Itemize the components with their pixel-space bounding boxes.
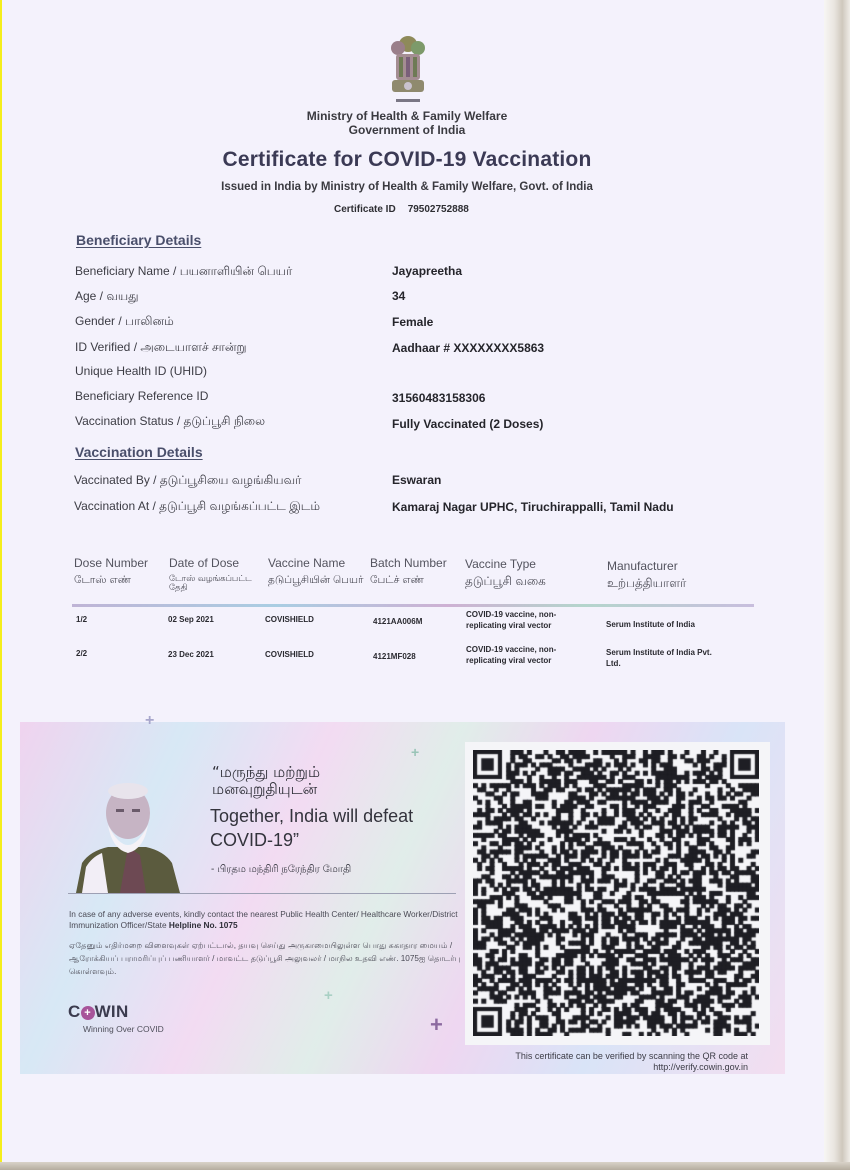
promo-divider — [68, 893, 456, 894]
age-value: 34 — [392, 289, 405, 303]
cowin-logo-c: C — [68, 1002, 81, 1021]
vaccination-status-value: Fully Vaccinated (2 Doses) — [392, 417, 543, 431]
col-manufacturer-en: Manufacturer — [607, 559, 678, 573]
prime-minister-portrait-image — [68, 775, 186, 893]
col-dose-number: Dose Number டோஸ் எண் — [74, 556, 148, 585]
adverse-events-notice-english: In case of any adverse events, kindly co… — [69, 909, 464, 931]
gender-value: Female — [392, 315, 433, 329]
cowin-plus-icon: + — [81, 1006, 95, 1020]
national-emblem-icon — [386, 32, 430, 108]
row1-type: COVID-19 vaccine, non-replicating viral … — [466, 609, 584, 631]
col-vaccine-type: Vaccine Type தடுப்பூசி வகை — [465, 557, 546, 586]
plus-decoration-icon: + — [430, 1014, 443, 1036]
beneficiary-name-label: Beneficiary Name / பயனாளியின் பெயர் — [75, 264, 292, 280]
col-vaccine-name-en: Vaccine Name — [268, 556, 345, 570]
col-date-of-dose-ta: டோஸ் வழங்கப்பட்ட தேதி — [169, 574, 264, 592]
quote-english-line-2: COVID-19” — [210, 828, 413, 852]
col-date-of-dose: Date of Dose டோஸ் வழங்கப்பட்ட தேதி — [169, 556, 264, 592]
verify-notice: This certificate can be verified by scan… — [472, 1051, 748, 1073]
ministry-line-1: Ministry of Health & Family Welfare — [2, 109, 812, 123]
quote-english-line-1: Together, India will defeat — [210, 804, 413, 828]
id-verified-value: Aadhaar # XXXXXXXX5863 — [392, 341, 544, 355]
row2-type: COVID-19 vaccine, non-replicating viral … — [466, 644, 584, 666]
vaccination-at-label: Vaccination At / தடுப்பூசி வழங்கப்பட்ட இ… — [74, 499, 320, 515]
ministry-heading: Ministry of Health & Family Welfare Gove… — [2, 109, 812, 137]
ministry-line-2: Government of India — [2, 123, 812, 137]
col-manufacturer: Manufacturer உற்பத்தியாளர் — [607, 559, 686, 588]
plus-decoration-icon: + — [145, 713, 154, 729]
plus-decoration-icon: + — [324, 988, 333, 1003]
row1-vaccine: COVISHIELD — [265, 614, 314, 625]
beneficiary-details-heading: Beneficiary Details — [76, 232, 201, 248]
id-verified-label: ID Verified / அடையாளச் சான்று — [75, 340, 247, 356]
col-vaccine-type-ta: தடுப்பூசி வகை — [465, 576, 546, 586]
table-header-divider — [72, 604, 754, 607]
cowin-logo: C+WIN — [68, 1002, 129, 1022]
helpline-number: Helpline No. 1075 — [169, 920, 238, 930]
row1-batch: 4121AA006M — [373, 616, 422, 627]
cowin-logo-win: WIN — [95, 1002, 129, 1021]
col-dose-number-ta: டோஸ் எண் — [74, 575, 148, 585]
row2-batch: 4121MF028 — [373, 651, 416, 662]
certificate-id-value: 79502752888 — [408, 204, 469, 215]
row1-dose: 1/2 — [76, 614, 87, 625]
reference-id-value: 31560483158306 — [392, 391, 485, 405]
vaccinated-by-value: Eswaran — [392, 473, 441, 487]
col-batch-number-ta: பேட்ச் எண் — [370, 575, 447, 585]
beneficiary-name-value: Jayapreetha — [392, 264, 462, 278]
col-batch-number-en: Batch Number — [370, 556, 447, 570]
adverse-events-text: In case of any adverse events, kindly co… — [69, 909, 458, 930]
vaccinated-by-label: Vaccinated By / தடுப்பூசியை வழங்கியவர் — [74, 473, 301, 489]
col-vaccine-type-en: Vaccine Type — [465, 557, 536, 571]
quote-english: Together, India will defeat COVID-19” — [210, 804, 413, 852]
reference-id-label: Beneficiary Reference ID — [75, 389, 208, 403]
quote-tamil-line-2: மனவுறுதியுடன் — [212, 781, 320, 798]
vaccination-at-value: Kamaraj Nagar UPHC, Tiruchirappalli, Tam… — [392, 500, 674, 514]
age-label: Age / வயது — [75, 289, 139, 305]
certificate-id: Certificate ID79502752888 — [334, 204, 469, 215]
gender-label: Gender / பாலினம் — [75, 314, 174, 330]
certificate-title: Certificate for COVID-19 Vaccination — [2, 148, 812, 172]
col-vaccine-name-ta: தடுப்பூசியின் பெயர் — [268, 575, 363, 585]
row2-manufacturer: Serum Institute of India Pvt. Ltd. — [606, 647, 724, 669]
verify-notice-text: This certificate can be verified by scan… — [472, 1051, 748, 1062]
quote-attribution: - பிரதம மந்திரி நரேந்திர மோதி — [211, 864, 351, 876]
row2-date: 23 Dec 2021 — [168, 649, 214, 660]
quote-tamil-line-1: “மருந்து மற்றும் — [212, 764, 320, 781]
vaccination-details-heading: Vaccination Details — [75, 444, 203, 460]
row1-date: 02 Sep 2021 — [168, 614, 214, 625]
vaccination-status-label: Vaccination Status / தடுப்பூசி நிலை — [75, 414, 265, 430]
verify-url-link[interactable]: http://verify.cowin.gov.in — [472, 1062, 748, 1073]
scan-edge-right — [824, 0, 850, 1170]
row1-manufacturer: Serum Institute of India — [606, 619, 726, 630]
adverse-events-notice-tamil: ஏதேனும் எதிர்மறை விளைவுகள் ஏற்பட்டால், த… — [69, 939, 464, 978]
col-batch-number: Batch Number பேட்ச் எண் — [370, 556, 447, 585]
row2-dose: 2/2 — [76, 648, 87, 659]
row2-vaccine: COVISHIELD — [265, 649, 314, 660]
issued-by-line: Issued in India by Ministry of Health & … — [2, 181, 812, 193]
uhid-label: Unique Health ID (UHID) — [75, 364, 207, 378]
certificate-id-label: Certificate ID — [334, 204, 396, 215]
quote-tamil: “மருந்து மற்றும் மனவுறுதியுடன் — [212, 764, 320, 798]
cowin-tagline: Winning Over COVID — [83, 1024, 164, 1034]
plus-decoration-icon: + — [411, 745, 419, 759]
col-dose-number-en: Dose Number — [74, 556, 148, 570]
certificate-page: Ministry of Health & Family Welfare Gove… — [2, 0, 824, 1162]
qr-code[interactable] — [473, 750, 759, 1036]
col-manufacturer-ta: உற்பத்தியாளர் — [607, 578, 686, 588]
col-vaccine-name: Vaccine Name தடுப்பூசியின் பெயர் — [268, 556, 363, 585]
col-date-of-dose-en: Date of Dose — [169, 556, 239, 570]
scan-edge-bottom — [0, 1162, 850, 1170]
